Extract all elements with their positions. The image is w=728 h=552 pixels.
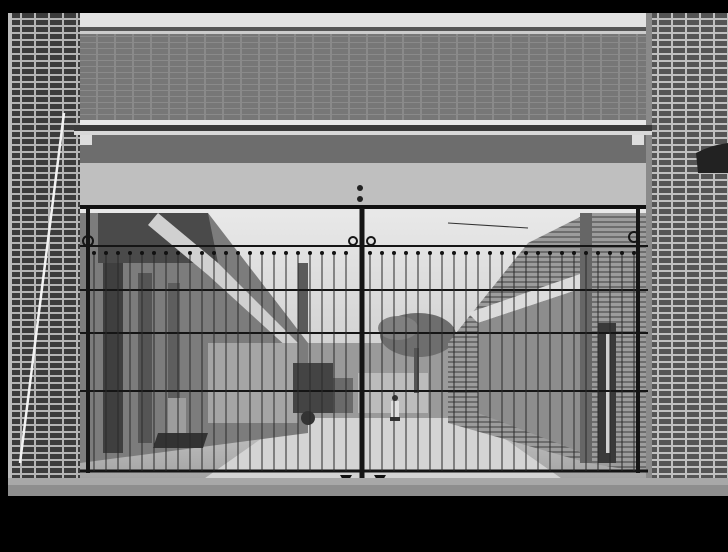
gate-scene (8, 13, 728, 496)
right-brick-pier (646, 13, 728, 496)
letterbox-top (0, 0, 728, 13)
chimney-stack (298, 263, 308, 333)
letterbox-bottom (0, 496, 728, 552)
left-brick-pier (8, 13, 80, 496)
brick-lintel-panel (80, 34, 646, 120)
concrete-beam (80, 163, 646, 207)
photograph (8, 13, 728, 496)
